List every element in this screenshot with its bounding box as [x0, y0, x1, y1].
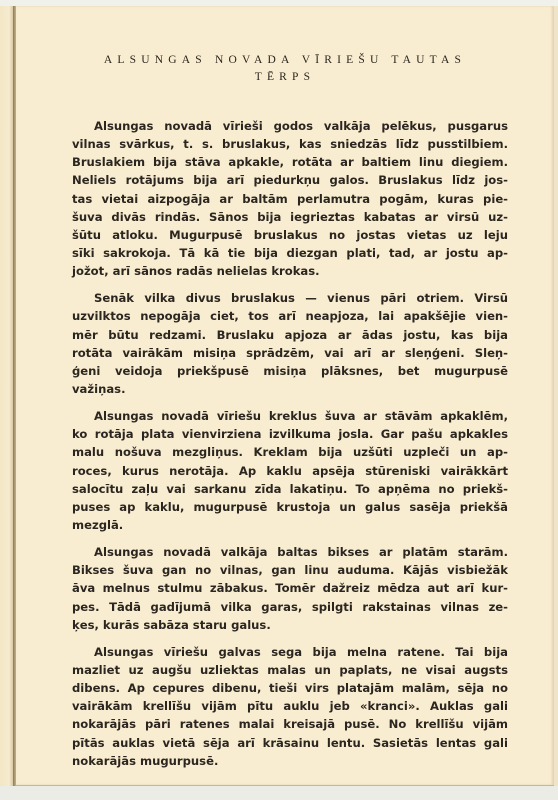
text-line: āva melnus stulmu zābakus. Tomēr dažreiz… — [72, 579, 508, 597]
text-line: šūtu atloku. Mugurpusē bruslakus no jost… — [72, 226, 508, 244]
text-line: Senāk vilka divus bruslakus — vienus pār… — [72, 289, 508, 307]
text-line: Alsungas novadā valkāja baltas bikses ar… — [72, 543, 508, 561]
text-line: uzvilktos nepogāja ciet, tos arī neapjoz… — [72, 307, 508, 325]
text-line: mēr būtu redzami. Bruslaku apjoza ar āda… — [72, 326, 508, 344]
text-line: šuva divās rindās. Sānos bija iegrieztas… — [72, 208, 508, 226]
text-line: ķes, kurās sabāza staru galus. — [72, 616, 508, 634]
page-right-edge — [554, 6, 558, 786]
text-line: Bruslakiem bija stāva apkakle, rotāta ar… — [72, 153, 508, 171]
text-line: Bikses šuva gan no vilnas, gan linu audu… — [72, 561, 508, 579]
text-line: ko rotāja plata vienvirziena izvilkuma j… — [72, 425, 508, 443]
paragraph-5: Alsungas vīriešu galvas sega bija melna … — [72, 643, 508, 770]
text-line: Alsungas novadā vīrieši godos valkāja pe… — [72, 117, 508, 135]
text-line: jožot, arī sānos radās nelielas krokas. — [72, 262, 508, 280]
text-line: vairākām krellīšu vijām pītu auklu jeb «… — [72, 697, 508, 715]
text-line: nokarājās mugurpusē. — [72, 752, 508, 770]
text-line: puses ap kaklu, mugurpusē krustoja un ga… — [72, 498, 508, 516]
text-line: rotāta vairākām misiņa sprādzēm, vai arī… — [72, 344, 508, 362]
text-line: pītās auklas vietā sēja arī krāsainu len… — [72, 734, 508, 752]
text-line: sīki sakrokoja. Tā kā tie bija diezgan p… — [72, 244, 508, 262]
text-line: pes. Tādā gadījumā vilka garas, spilgti … — [72, 598, 508, 616]
text-line: salocītu zaļu vai sarkanu zīda lakatiņu.… — [72, 480, 508, 498]
text-line: mezglā. — [72, 516, 508, 534]
text-line: roces, kurus nerotāja. Ap kaklu apsēja s… — [72, 462, 508, 480]
text-line: Alsungas vīriešu galvas sega bija melna … — [72, 643, 508, 661]
paragraph-3: Alsungas novadā vīriešu kreklus šuva ar … — [72, 407, 508, 534]
text-line: malu nošuva mezgliņus. Kreklam bija uzšū… — [72, 443, 508, 461]
page-left-edge — [0, 6, 13, 786]
text-line: nokarājās pāri ratenes malai kreisajā pu… — [72, 715, 508, 733]
paragraph-1: Alsungas novadā vīrieši godos valkāja pe… — [72, 117, 508, 280]
text-line: Alsungas novadā vīriešu kreklus šuva ar … — [72, 407, 508, 425]
text-line: ģeni veidoja priekšpusē misiņa plāksnes,… — [72, 362, 508, 380]
paragraph-2: Senāk vilka divus bruslakus — vienus pār… — [72, 289, 508, 398]
document-body: Alsungas novadā vīrieši godos valkāja pe… — [72, 117, 508, 779]
text-line: vilnas svārkus, t. s. bruslakus, kas sni… — [72, 135, 508, 153]
title-line-2: TĒRPS — [16, 69, 554, 86]
text-line: Neliels rotājums bija arī piedurkņu galo… — [72, 171, 508, 189]
page-title: ALSUNGAS NOVADA VĪRIEŠU TAUTAS TĒRPS — [16, 52, 554, 86]
text-line: mazliet uz augšu uzliektas malas un papl… — [72, 661, 508, 679]
scan-border-bottom — [0, 786, 558, 800]
text-line: tas vietai aizpogāja ar baltām perlamutr… — [72, 190, 508, 208]
paragraph-4: Alsungas novadā valkāja baltas bikses ar… — [72, 543, 508, 634]
text-line: dibens. Ap cepures dibenu, tieši virs pl… — [72, 679, 508, 697]
title-line-1: ALSUNGAS NOVADA VĪRIEŠU TAUTAS — [16, 52, 554, 69]
text-line: važiņas. — [72, 380, 508, 398]
